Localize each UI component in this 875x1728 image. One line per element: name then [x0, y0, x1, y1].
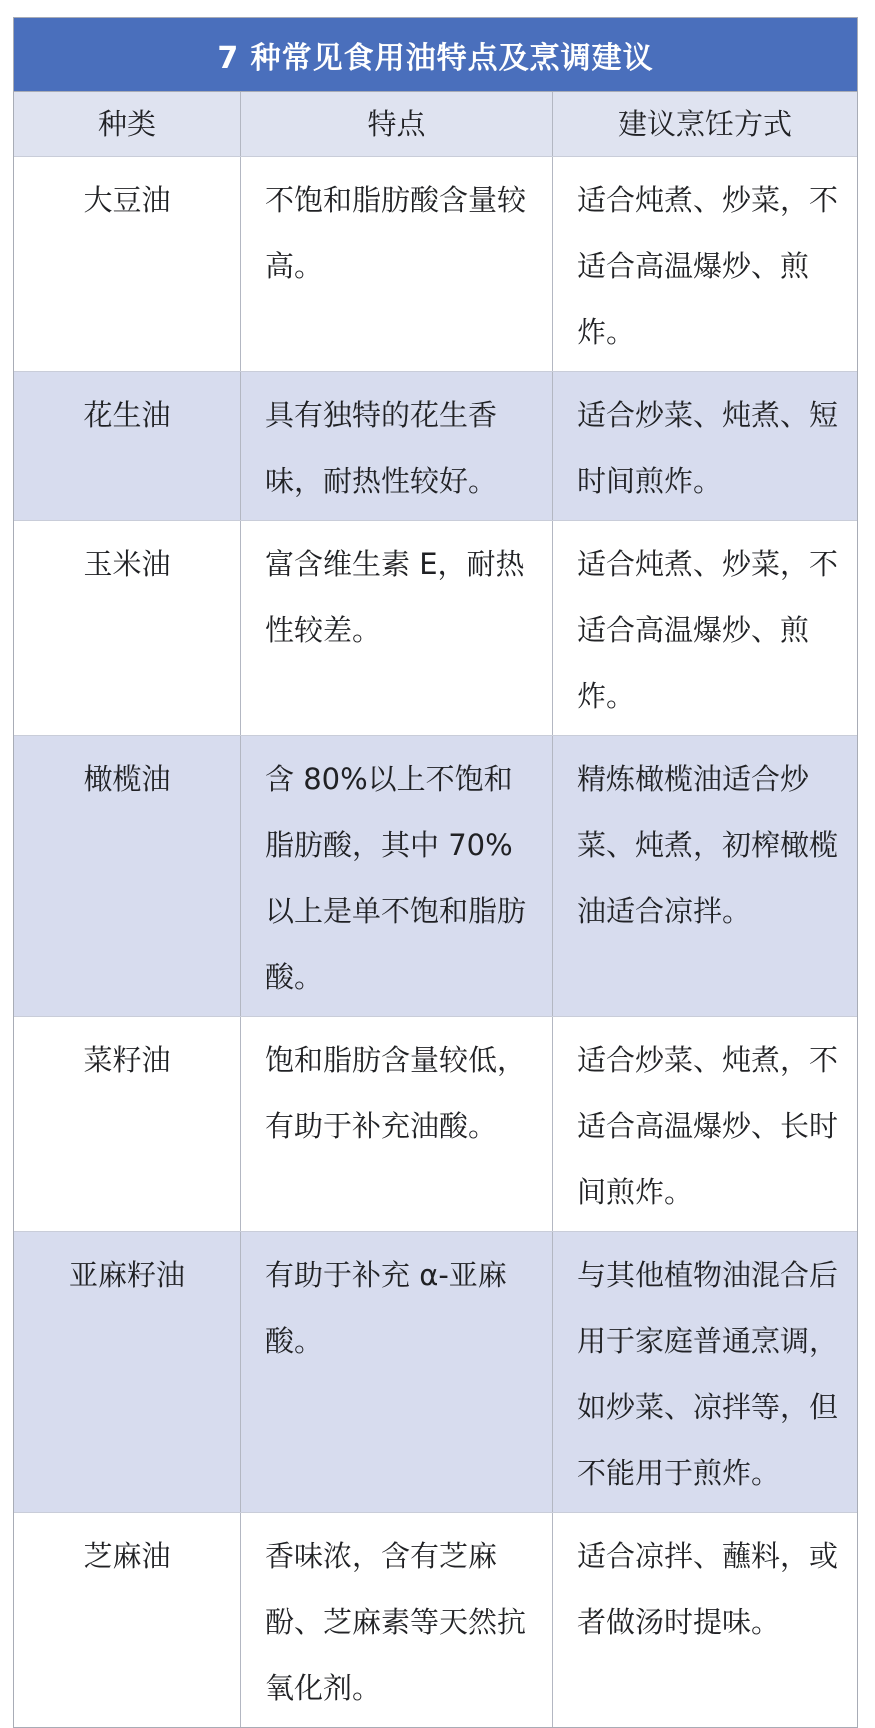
table-row: 菜籽油 饱和脂肪含量较低，有助于补充油酸。 适合炒菜、炖煮，不适合高温爆炒、长时…	[14, 1016, 857, 1231]
cell-advice: 适合炒菜、炖煮、短时间煎炸。	[552, 372, 857, 520]
cell-feature: 有助于补充 α-亚麻酸。	[240, 1232, 552, 1512]
cell-feature: 富含维生素 E，耐热性较差。	[240, 521, 552, 735]
table-row: 橄榄油 含 80%以上不饱和脂肪酸，其中 70%以上是单不饱和脂肪酸。 精炼橄榄…	[14, 735, 857, 1016]
cell-advice: 与其他植物油混合后用于家庭普通烹调，如炒菜、凉拌等，但不能用于煎炸。	[552, 1232, 857, 1512]
header-type: 种类	[14, 92, 240, 156]
cell-advice: 适合炒菜、炖煮，不适合高温爆炒、长时间煎炸。	[552, 1017, 857, 1231]
cell-oil-name: 花生油	[14, 372, 240, 520]
cell-feature: 含 80%以上不饱和脂肪酸，其中 70%以上是单不饱和脂肪酸。	[240, 736, 552, 1016]
table-row: 芝麻油 香味浓，含有芝麻酚、芝麻素等天然抗氧化剂。 适合凉拌、蘸料，或者做汤时提…	[14, 1512, 857, 1727]
table-row: 玉米油 富含维生素 E，耐热性较差。 适合炖煮、炒菜，不适合高温爆炒、煎炸。	[14, 520, 857, 735]
cooking-oil-table: 7 种常见食用油特点及烹调建议 种类 特点 建议烹饪方式 大豆油 不饱和脂肪酸含…	[13, 17, 858, 1728]
cell-advice: 精炼橄榄油适合炒菜、炖煮，初榨橄榄油适合凉拌。	[552, 736, 857, 1016]
cell-oil-name: 大豆油	[14, 157, 240, 371]
cell-oil-name: 菜籽油	[14, 1017, 240, 1231]
table-title: 7 种常见食用油特点及烹调建议	[14, 18, 857, 91]
cell-oil-name: 玉米油	[14, 521, 240, 735]
header-feature: 特点	[240, 92, 552, 156]
cell-feature: 饱和脂肪含量较低，有助于补充油酸。	[240, 1017, 552, 1231]
cell-advice: 适合炖煮、炒菜，不适合高温爆炒、煎炸。	[552, 157, 857, 371]
cell-oil-name: 橄榄油	[14, 736, 240, 1016]
cell-advice: 适合凉拌、蘸料，或者做汤时提味。	[552, 1513, 857, 1727]
cell-feature: 具有独特的花生香味，耐热性较好。	[240, 372, 552, 520]
cell-advice: 适合炖煮、炒菜，不适合高温爆炒、煎炸。	[552, 521, 857, 735]
table-row: 亚麻籽油 有助于补充 α-亚麻酸。 与其他植物油混合后用于家庭普通烹调，如炒菜、…	[14, 1231, 857, 1512]
cell-oil-name: 芝麻油	[14, 1513, 240, 1727]
cell-feature: 香味浓，含有芝麻酚、芝麻素等天然抗氧化剂。	[240, 1513, 552, 1727]
table-row: 大豆油 不饱和脂肪酸含量较高。 适合炖煮、炒菜，不适合高温爆炒、煎炸。	[14, 156, 857, 371]
table-row: 花生油 具有独特的花生香味，耐热性较好。 适合炒菜、炖煮、短时间煎炸。	[14, 371, 857, 520]
cell-feature: 不饱和脂肪酸含量较高。	[240, 157, 552, 371]
header-advice: 建议烹饪方式	[552, 92, 857, 156]
cell-oil-name: 亚麻籽油	[14, 1232, 240, 1512]
table-header-row: 种类 特点 建议烹饪方式	[14, 91, 857, 156]
